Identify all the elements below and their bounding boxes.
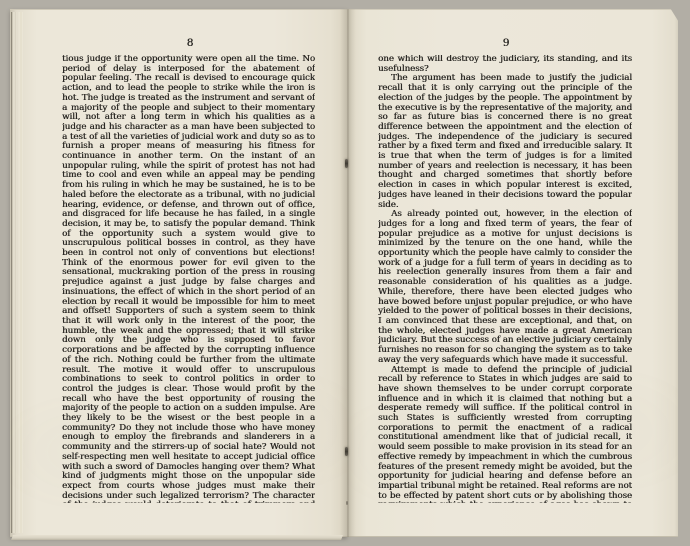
center-fold	[340, 9, 356, 537]
right-page: 9 one which will destroy the judiciary, …	[347, 9, 678, 537]
gutter-speck	[346, 501, 348, 505]
page-edge-stack	[11, 12, 23, 533]
paragraph: As already pointed out, however, in the …	[378, 210, 632, 365]
page-number-left: 8	[170, 37, 210, 49]
scanned-book-photo: { "document": { "kind": "open-book-sprea…	[0, 0, 690, 546]
staple-bottom	[345, 447, 348, 456]
staple-top	[345, 159, 348, 168]
paragraph: one which will destroy the judiciary, it…	[378, 55, 632, 74]
left-page: 8 tious judge if the opportunity were op…	[10, 9, 347, 537]
left-page-text: tious judge if the opportunity were open…	[62, 55, 315, 503]
paragraph: The argument has been made to justify th…	[378, 74, 632, 210]
paragraph: Attempt is made to defend the principle …	[378, 366, 632, 504]
bottom-page-stack	[11, 535, 343, 540]
book-spread: 8 tious judge if the opportunity were op…	[10, 9, 678, 537]
paragraph: tious judge if the opportunity were open…	[62, 55, 315, 503]
right-page-text: one which will destroy the judiciary, it…	[378, 55, 632, 503]
page-number-right: 9	[486, 37, 526, 49]
